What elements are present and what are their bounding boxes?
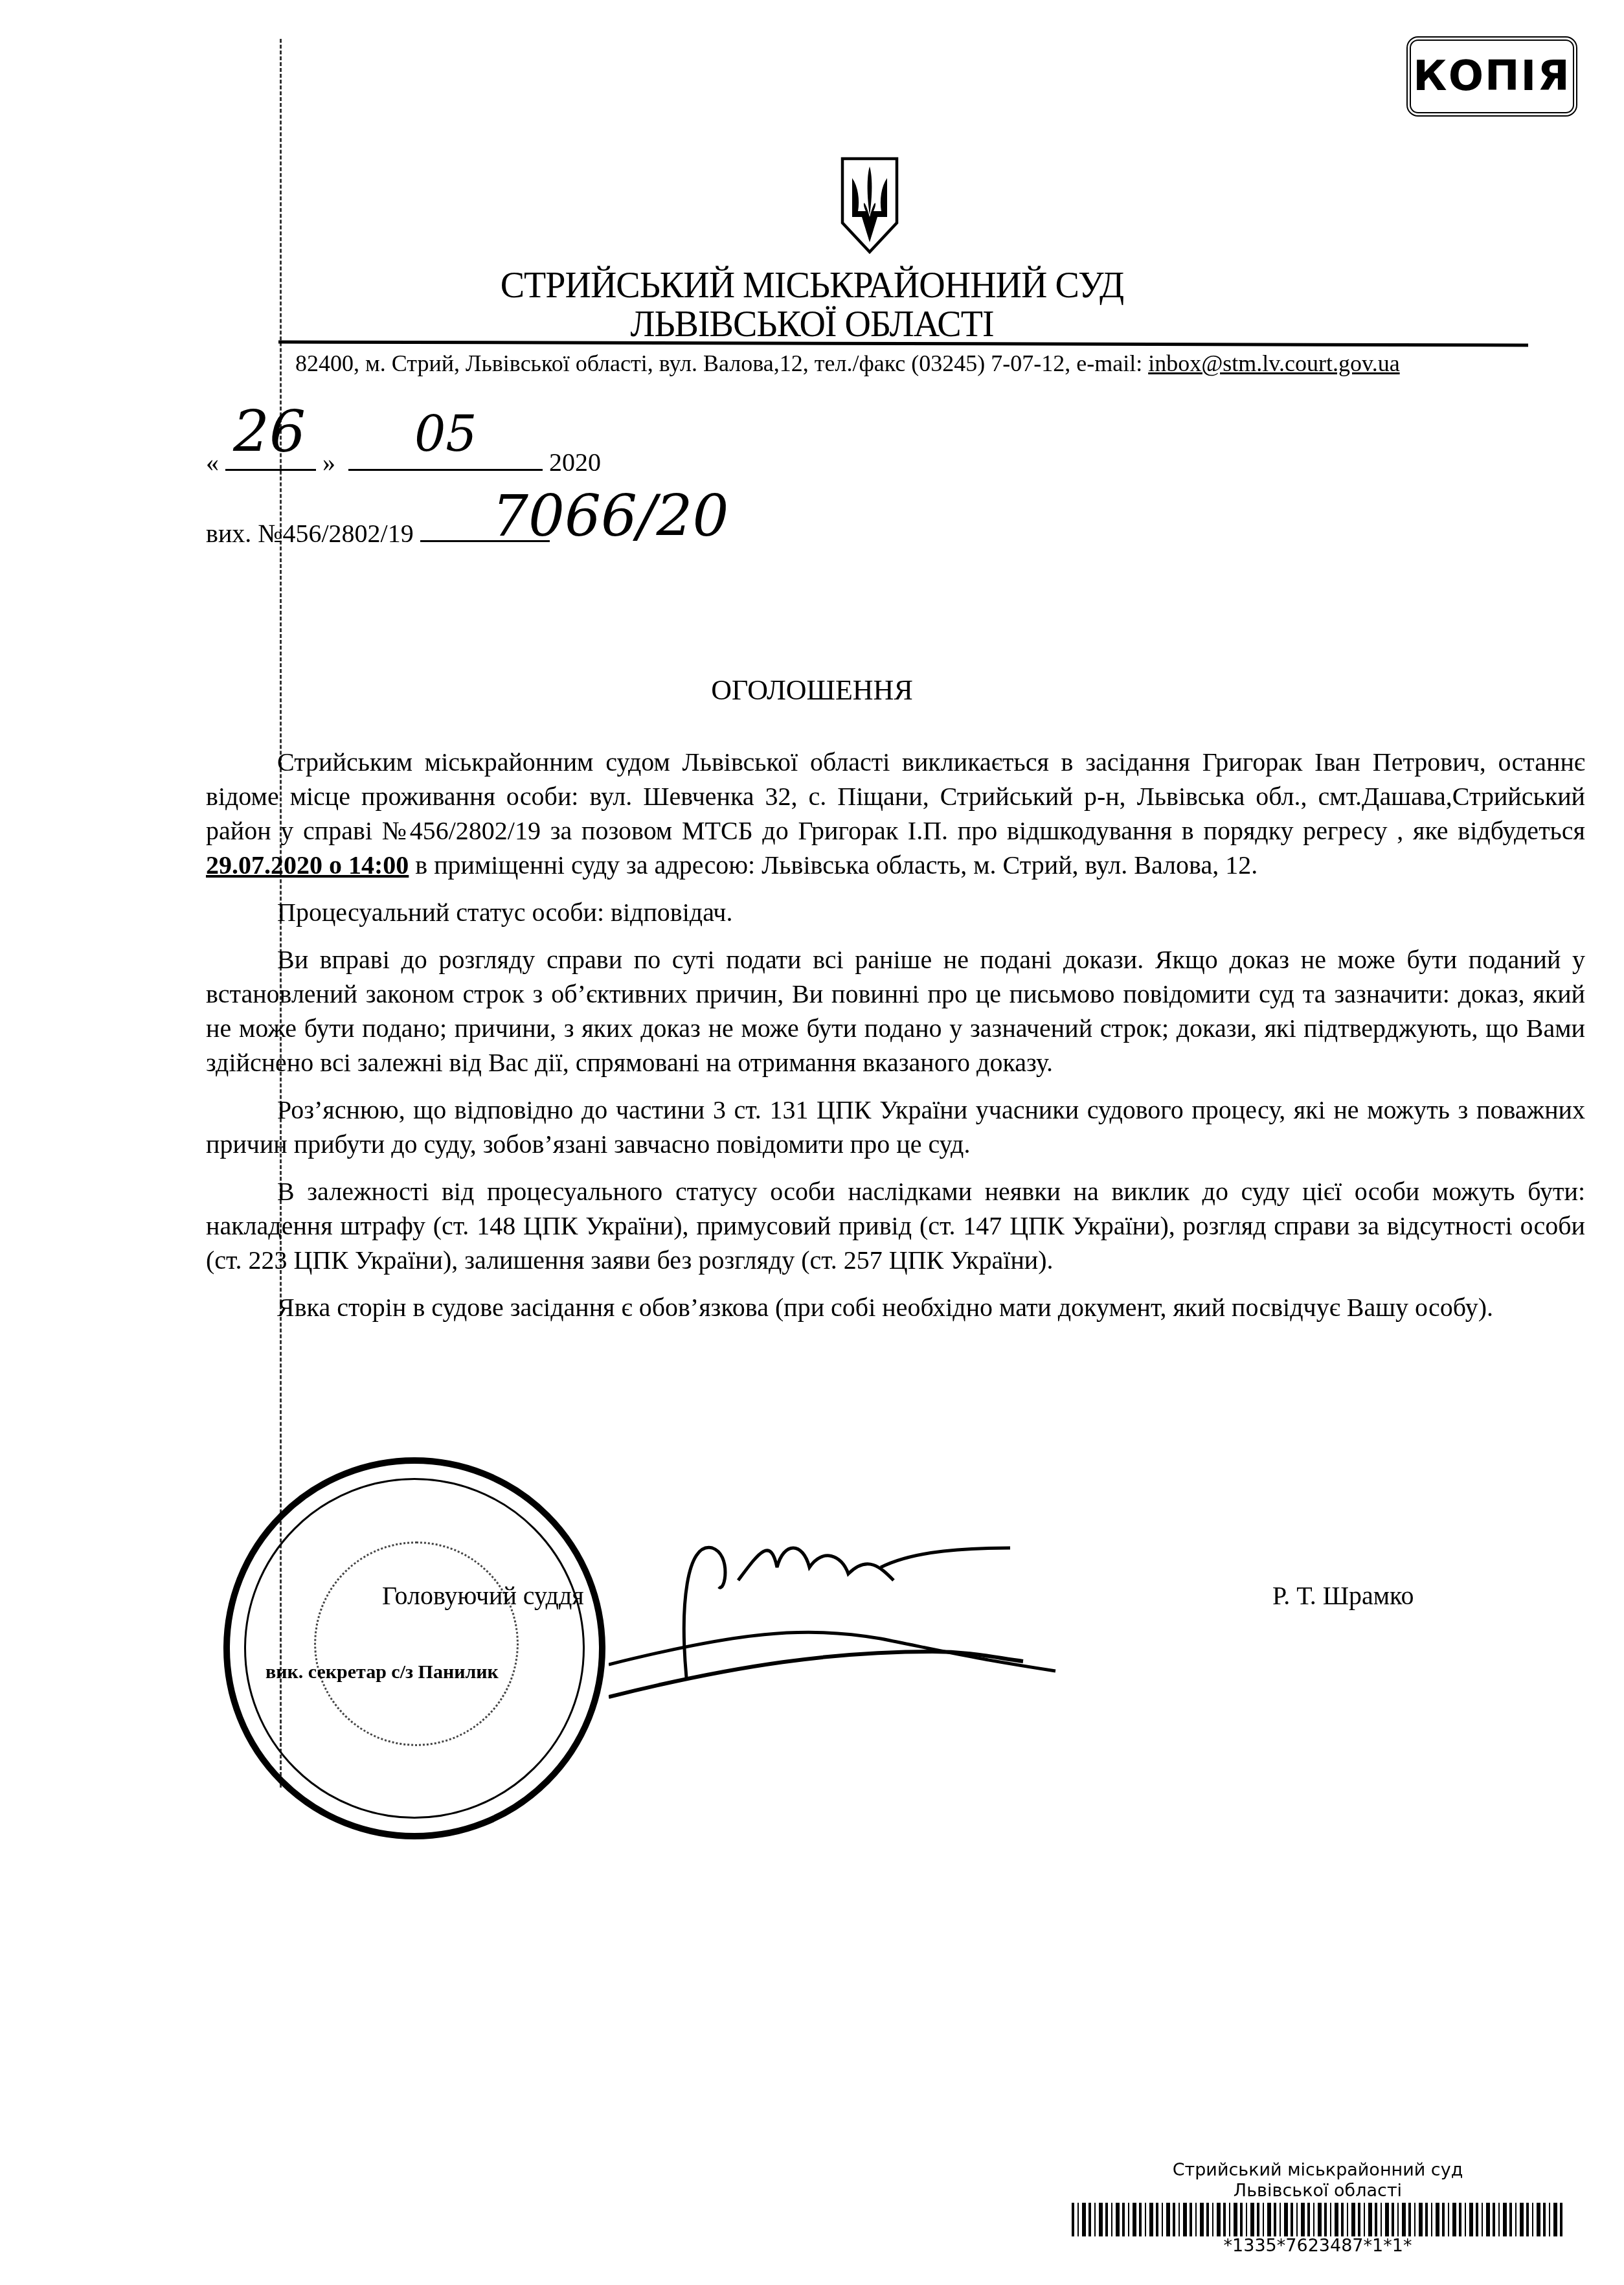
court-name-line1: СТРИЙСЬКИЙ МІСЬКРАЙОННИЙ СУД [0,266,1624,306]
judge-signature-icon [609,1529,1321,1710]
trident-coat-of-arms-icon [840,157,899,254]
paragraph-status: Процесуальний статус особи: відповідач. [206,895,1585,929]
presiding-judge-label: Головуючий суддя [382,1580,584,1611]
email-link[interactable]: inbox@stm.lv.court.gov.ua [1148,350,1399,376]
outgoing-prefix: вих. [206,519,251,548]
case-number: №456/2802/19 [258,519,413,548]
seal-core [314,1541,519,1746]
paragraph-summons: Стрийським міськрайонним судом Львівсько… [206,745,1585,882]
handwritten-month: 05 [414,405,477,462]
summons-text: Стрийським міськрайонним судом Львівсько… [206,747,1585,845]
close-quote: » [322,448,335,477]
paragraph-consequences: В залежності від процесуального статусу … [206,1174,1585,1277]
hearing-datetime: 29.07.2020 о 14:00 [206,850,409,880]
address-text: 82400, м. Стрий, Львівської області, вул… [295,350,1148,376]
paragraph-evidence: Ви вправі до розгляду справи по суті под… [206,942,1585,1080]
registration-barcode: Стрийський міськрайонний суд Львівської … [1062,2160,1573,2256]
barcode-number: *1335*7623487*1*1* [1062,2236,1573,2256]
paragraph-attendance: Явка сторін в судове засідання є обов’яз… [206,1290,1585,1324]
judge-name: Р. Т. Шрамко [1272,1580,1414,1611]
day-field [225,469,316,471]
court-name-line2: ЛЬВІВСЬКОЇ ОБЛАСТІ [0,304,1624,345]
barcode-icon [1072,2203,1564,2236]
copy-stamp: КОПІЯ [1406,36,1577,117]
copy-stamp-label: КОПІЯ [1413,52,1570,100]
court-address: 82400, м. Стрий, Львівської області, вул… [295,350,1400,377]
court-seal [223,1457,605,1839]
paragraph-notice: Роз’яснюю, що відповідно до частини 3 ст… [206,1093,1585,1161]
barcode-court-line1: Стрийський міськрайонний суд [1062,2160,1573,2181]
secretary-label: вик. секретар с/з Панилик [265,1661,499,1683]
open-quote: « [206,448,219,477]
announcement-title: ОГОЛОШЕННЯ [0,674,1624,707]
month-field [348,469,543,471]
year: 2020 [549,448,601,477]
handwritten-day: 26 [233,398,306,465]
announcement-body: Стрийським міськрайонним судом Львівсько… [206,745,1585,1337]
hearing-location: в приміщенні суду за адресою: Львівська … [409,850,1257,880]
barcode-court-line2: Львівської області [1062,2181,1573,2201]
handwritten-outgoing-number: 7066/20 [492,483,729,549]
